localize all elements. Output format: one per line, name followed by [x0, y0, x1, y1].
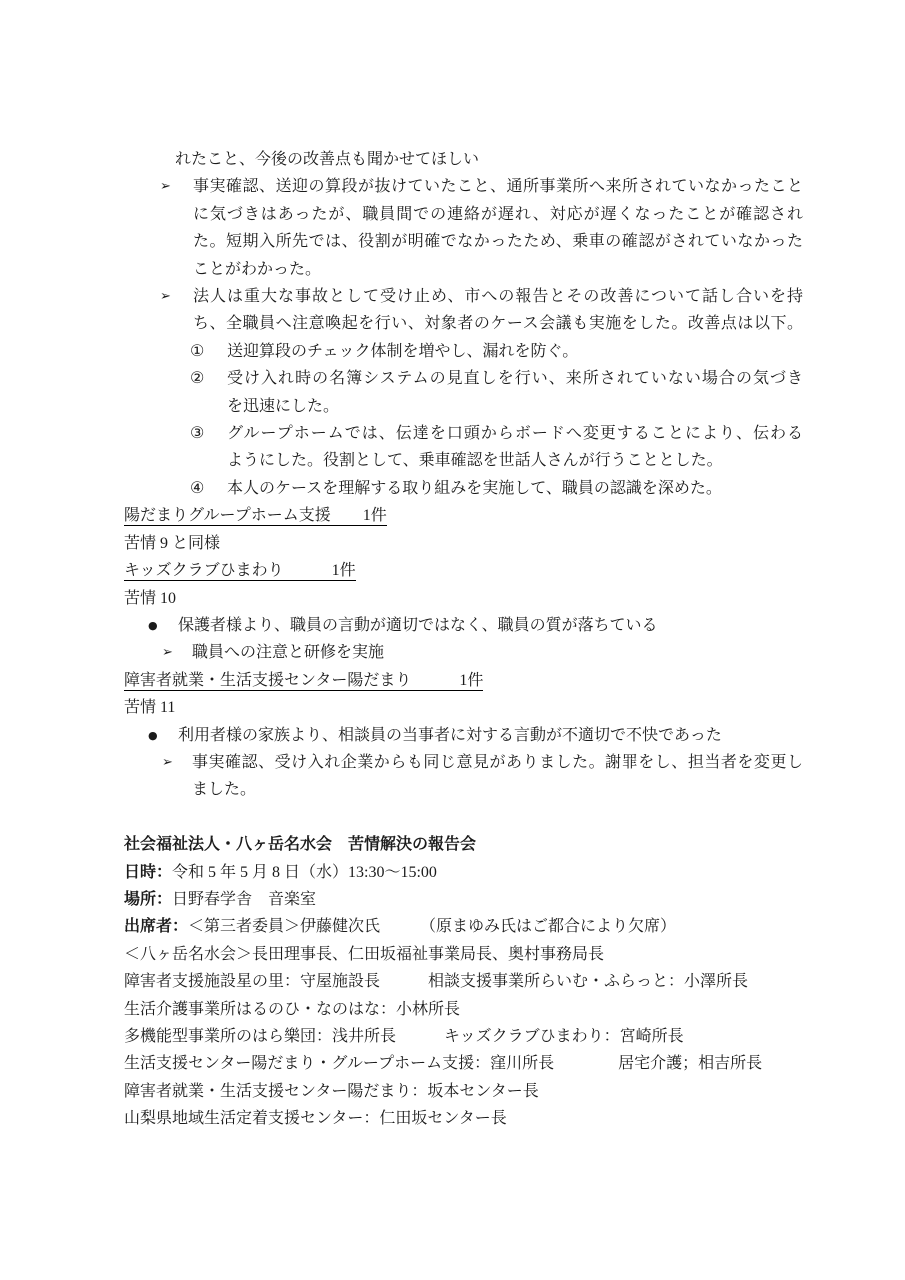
- attendees-line: ＜八ヶ岳名水会＞長田理事長、仁田坂福祉事業局長、奥村事務局長: [124, 941, 803, 968]
- response-item: ➢法人は重大な事故として受け止め、市への報告とその改善について話し合いを持: [124, 283, 803, 310]
- attendees-line: 生活支援センター陽だまり・グループホーム支援：窪川所長 居宅介護；相吉所長: [124, 1050, 803, 1077]
- line-text: 本人のケースを理解する取り組みを実施して、職員の認識を深めた。: [227, 480, 722, 497]
- underlined-heading-text: 陽だまりグループホーム支援 1件: [124, 507, 387, 526]
- line-text: 事実確認、送迎の算段が抜けていたこと、通所事業所へ来所されていなかったこと: [193, 178, 803, 195]
- spacer: [124, 804, 803, 831]
- attendees-line: 障害者就業・生活支援センター陽だまり：坂本センター長: [124, 1078, 803, 1105]
- line-text: 送迎算段のチェック体制を増やし、漏れを防ぐ。: [227, 343, 578, 360]
- circled-number-icon: ②: [190, 365, 204, 392]
- underlined-heading-text: キッズクラブひまわり 1件: [124, 562, 356, 581]
- continuation-line: れたこと、今後の改善点も聞かせてほしい: [124, 146, 803, 173]
- line-text: ました。: [192, 781, 256, 798]
- improvement-item: ③グループホームでは、伝達を口頭からボードへ変更することにより、伝わる: [124, 420, 803, 447]
- attendees-line: 障害者支援施設星の里：守屋施設長 相談支援事業所らいむ・ふらっと：小澤所長: [124, 968, 803, 995]
- response-item-line: に気づきはあったが、職員間での連絡が遅れ、対応が遅くなったことが確認され: [124, 201, 803, 228]
- line-text: 苦情 10: [124, 590, 176, 607]
- improvement-item: ②受け入れ時の名簿システムの見直しを行い、来所されていない場合の気づき: [124, 365, 803, 392]
- line-text: 苦情 11: [124, 699, 175, 716]
- report-title: 社会福祉法人・八ヶ岳名水会 苦情解決の報告会: [124, 831, 803, 858]
- complaint-11-content: ●利用者様の家族より、相談員の当事者に対する言動が不適切で不快であった: [124, 722, 803, 749]
- line-text: に気づきはあったが、職員間での連絡が遅れ、対応が遅くなったことが確認され: [193, 206, 803, 223]
- line-text: 法人は重大な事故として受け止め、市への報告とその改善について話し合いを持: [193, 288, 803, 305]
- line-text: ち、全職員へ注意喚起を行い、対象者のケース会議も実施をした。改善点は以下。: [193, 315, 803, 332]
- underlined-heading-text: 障害者就業・生活支援センター陽だまり 1件: [124, 672, 483, 691]
- line-text: 社会福祉法人・八ヶ岳名水会 苦情解決の報告会: [124, 836, 476, 853]
- complaint-10-response: ➢職員への注意と研修を実施: [124, 639, 803, 666]
- response-item-line: ち、全職員へ注意喚起を行い、対象者のケース会議も実施をした。改善点は以下。: [124, 310, 803, 337]
- line-text: ことがわかった。: [193, 261, 321, 278]
- attendees-line: 山梨県地域生活定着支援センター：仁田坂センター長: [124, 1105, 803, 1132]
- line-text: 事実確認、受け入れ企業からも同じ意見がありました。謝罪をし、担当者を変更し: [192, 754, 803, 771]
- line-text: ＜第三者委員＞伊藤健次氏 （原まゆみ氏はご都合により欠席）: [188, 918, 676, 935]
- attendees-line: 多機能型事業所のはら樂団：浅井所長 キッズクラブひまわり：宮崎所長: [124, 1023, 803, 1050]
- complaint-9-note: 苦情 9 と同様: [124, 530, 803, 557]
- line-text: 職員への注意と研修を実施: [192, 644, 384, 661]
- line-text: 障害者支援施設星の里：守屋施設長 相談支援事業所らいむ・ふらっと：小澤所長: [124, 973, 748, 990]
- facility-heading-hidamari-gh: 陽だまりグループホーム支援 1件: [124, 502, 803, 529]
- improvement-item: ①送迎算段のチェック体制を増やし、漏れを防ぐ。: [124, 338, 803, 365]
- attendees-line: 生活介護事業所はるのひ・なのはな：小林所長: [124, 996, 803, 1023]
- response-item-line: ことがわかった。: [124, 256, 803, 283]
- document-body: れたこと、今後の改善点も聞かせてほしい➢事実確認、送迎の算段が抜けていたこと、通…: [124, 146, 805, 1133]
- document-page: れたこと、今後の改善点も聞かせてほしい➢事実確認、送迎の算段が抜けていたこと、通…: [0, 0, 905, 1280]
- field-label: 出席者：: [124, 918, 188, 935]
- line-text: れたこと、今後の改善点も聞かせてほしい: [175, 151, 479, 168]
- line-text: 多機能型事業所のはら樂団：浅井所長 キッズクラブひまわり：宮崎所長: [124, 1028, 684, 1045]
- arrow-bullet-icon: ➢: [162, 639, 173, 666]
- line-text: を迅速にした。: [227, 398, 339, 415]
- complaint-11-response: ➢事実確認、受け入れ企業からも同じ意見がありました。謝罪をし、担当者を変更し: [124, 749, 803, 776]
- line-text: 障害者就業・生活支援センター陽だまり：坂本センター長: [124, 1083, 539, 1100]
- meeting-location: 場所：日野春学舎 音楽室: [124, 886, 803, 913]
- line-text: 利用者様の家族より、相談員の当事者に対する言動が不適切で不快であった: [178, 727, 722, 744]
- line-text: た。短期入所先では、役割が明確でなかったため、乗車の確認がされていなかった: [193, 233, 803, 250]
- response-item: ➢事実確認、送迎の算段が抜けていたこと、通所事業所へ来所されていなかったこと: [124, 173, 803, 200]
- field-label: 日時：: [124, 864, 172, 881]
- complaint-11-label: 苦情 11: [124, 694, 803, 721]
- line-text: 日野春学舎 音楽室: [172, 891, 316, 908]
- line-text: 苦情 9 と同様: [124, 535, 220, 552]
- arrow-bullet-icon: ➢: [162, 749, 173, 776]
- facility-heading-employment-center: 障害者就業・生活支援センター陽だまり 1件: [124, 667, 803, 694]
- circled-number-icon: ④: [190, 475, 204, 502]
- facility-heading-kids-club: キッズクラブひまわり 1件: [124, 557, 803, 584]
- line-text: 令和 5 年 5 月 8 日（水）13:30～15:00: [172, 864, 437, 881]
- improvement-item-line: ようにした。役割として、乗車確認を世話人さんが行うこととした。: [124, 447, 803, 474]
- line-text: 山梨県地域生活定着支援センター：仁田坂センター長: [124, 1110, 507, 1127]
- field-label: 場所：: [124, 891, 172, 908]
- response-item-line: た。短期入所先では、役割が明確でなかったため、乗車の確認がされていなかった: [124, 228, 803, 255]
- line-text: 生活介護事業所はるのひ・なのはな：小林所長: [124, 1001, 460, 1018]
- dot-bullet-icon: ●: [148, 612, 158, 639]
- circled-number-icon: ③: [190, 420, 204, 447]
- complaint-11-response-line: ました。: [124, 776, 803, 803]
- line-text: 保護者様より、職員の言動が適切ではなく、職員の質が落ちている: [178, 617, 658, 634]
- line-text: ようにした。役割として、乗車確認を世話人さんが行うこととした。: [227, 452, 723, 469]
- circled-number-icon: ①: [190, 338, 204, 365]
- line-text: ＜八ヶ岳名水会＞長田理事長、仁田坂福祉事業局長、奥村事務局長: [124, 946, 604, 963]
- line-text: 受け入れ時の名簿システムの見直しを行い、来所されていない場合の気づき: [227, 370, 803, 387]
- improvement-item-line: を迅速にした。: [124, 393, 803, 420]
- line-text: グループホームでは、伝達を口頭からボードへ変更することにより、伝わる: [227, 425, 803, 442]
- complaint-10-content: ●保護者様より、職員の言動が適切ではなく、職員の質が落ちている: [124, 612, 803, 639]
- attendees-line: 出席者：＜第三者委員＞伊藤健次氏 （原まゆみ氏はご都合により欠席）: [124, 913, 803, 940]
- improvement-item: ④本人のケースを理解する取り組みを実施して、職員の認識を深めた。: [124, 475, 803, 502]
- dot-bullet-icon: ●: [148, 722, 158, 749]
- arrow-bullet-icon: ➢: [160, 173, 171, 200]
- line-text: 生活支援センター陽だまり・グループホーム支援：窪川所長 居宅介護；相吉所長: [124, 1055, 762, 1072]
- complaint-10-label: 苦情 10: [124, 585, 803, 612]
- arrow-bullet-icon: ➢: [160, 283, 171, 310]
- meeting-datetime: 日時：令和 5 年 5 月 8 日（水）13:30～15:00: [124, 859, 803, 886]
